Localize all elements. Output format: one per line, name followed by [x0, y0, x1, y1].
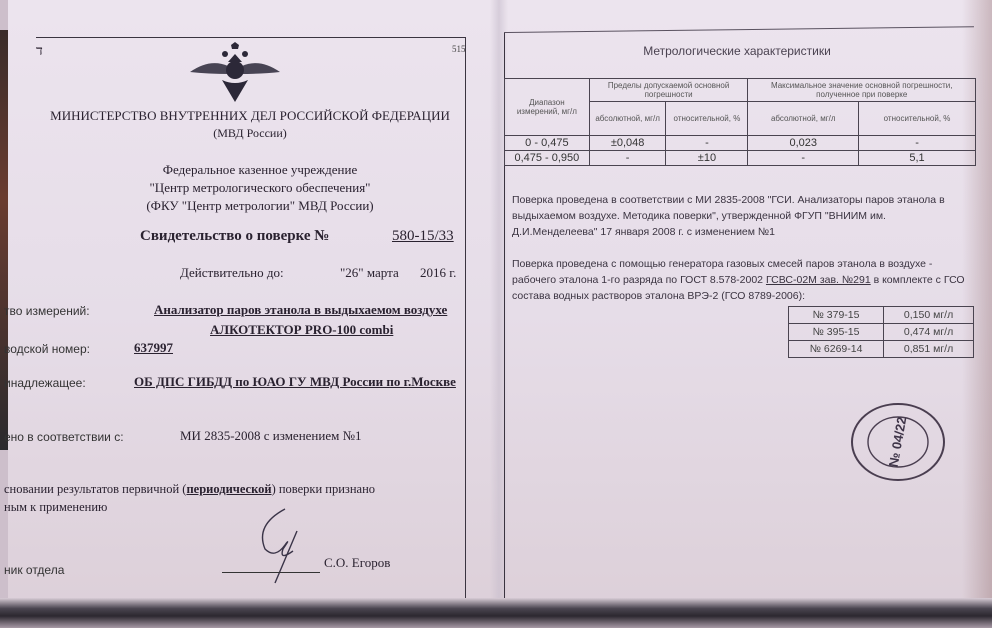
table-row: № 379-15 0,150 мг/л	[789, 307, 974, 324]
cell-range: 0 - 0,475	[505, 136, 590, 151]
head-of-department-label: ник отдела	[4, 563, 64, 577]
standard-value: 0,474 мг/л	[884, 324, 974, 341]
standard-id: № 379-15	[789, 307, 884, 324]
instrument-label: тво измерений:	[4, 304, 90, 318]
serial-label: водской номер:	[4, 342, 90, 356]
standard-id: № 395-15	[789, 324, 884, 341]
header-max-error: Максимальное значение основной погрешнос…	[748, 79, 976, 102]
valid-until-year: 2016 г.	[420, 265, 456, 281]
corner-mark: ד	[36, 44, 43, 60]
metrology-title: Метрологические характеристики	[504, 44, 970, 58]
generator-id: ГСВС-02М зав. №291	[766, 274, 871, 286]
frame-line	[36, 37, 466, 38]
institution-line: (ФКУ "Центр метрологии" МВД России)	[100, 198, 420, 214]
owner-label: инадлежащее:	[4, 376, 86, 390]
method-value: МИ 2835-2008 с изменением №1	[180, 428, 362, 444]
verification-equipment-paragraph: Поверка проведена с помощью генератора г…	[512, 256, 972, 304]
institution-line: Федеральное казенное учреждение	[120, 162, 400, 178]
certificate-number: 580-15/33	[392, 228, 454, 245]
eagle-emblem-icon	[190, 40, 280, 104]
subheader-abs: абсолютной, мг/л	[589, 102, 666, 136]
signature-line	[222, 572, 320, 573]
owner-value: ОБ ДПС ГИБДД по ЮАО ГУ МВД России по г.М…	[134, 374, 456, 390]
cell-max-rel: 5,1	[859, 151, 976, 166]
signer-name: С.О. Егоров	[324, 555, 390, 571]
subheader-abs: абсолютной, мг/л	[748, 102, 859, 136]
cell-lim-abs: -	[589, 151, 666, 166]
header-range: Диапазон измерений, мг/л	[505, 79, 590, 136]
standards-table: № 379-15 0,150 мг/л № 395-15 0,474 мг/л …	[788, 306, 974, 358]
table-row: 0,475 - 0,950 - ±10 - 5,1	[505, 151, 976, 166]
subheader-rel: относительной, %	[666, 102, 748, 136]
frame-line	[465, 37, 466, 612]
valid-until-label: Действительно до:	[180, 265, 284, 281]
serial-number: 637997	[134, 340, 173, 356]
conclusion-suffix: ) поверки признано	[272, 482, 376, 496]
round-stamp-icon: № 04/22	[848, 400, 948, 484]
ministry-short-name: (МВД России)	[40, 126, 460, 141]
instrument-model: АЛКОТЕКТОР PRO-100 combi	[210, 322, 393, 338]
certificate-title: Свидетельство о поверке №	[140, 228, 329, 245]
standard-value: 0,150 мг/л	[884, 307, 974, 324]
standard-id: № 6269-14	[789, 341, 884, 358]
metrology-table: Диапазон измерений, мг/л Пределы допуска…	[504, 78, 976, 166]
valid-until-date: "26" марта	[340, 265, 399, 281]
conclusion-prefix: сновании результатов первичной (	[4, 482, 186, 496]
svg-text:№ 04/22: № 04/22	[886, 416, 910, 468]
certificate-page: ד 515 МИНИСТЕРСТВО ВНУТРЕННИХ ДЕЛ РОССИЙ…	[0, 0, 470, 628]
cell-lim-rel: -	[666, 136, 748, 151]
cell-max-abs: 0,023	[748, 136, 859, 151]
ministry-name: МИНИСТЕРСТВО ВНУТРЕННИХ ДЕЛ РОССИЙСКОЙ Ф…	[40, 108, 460, 124]
table-row: 0 - 0,475 ±0,048 - 0,023 -	[505, 136, 976, 151]
metrology-page: Метрологические характеристики Диапазон …	[498, 0, 992, 628]
photo-shadow-band	[0, 598, 992, 628]
header-limits: Пределы допускаемой основной погрешности	[589, 79, 748, 102]
verification-method-paragraph: Поверка проведена в соответствии с МИ 28…	[512, 192, 972, 240]
cell-lim-rel: ±10	[666, 151, 748, 166]
frame-line	[504, 26, 974, 33]
subheader-rel: относительной, %	[859, 102, 976, 136]
page-number: 515	[452, 44, 466, 54]
institution-line: "Центр метрологического обеспечения"	[100, 180, 420, 196]
cell-max-rel: -	[859, 136, 976, 151]
table-row: № 395-15 0,474 мг/л	[789, 324, 974, 341]
cell-range: 0,475 - 0,950	[505, 151, 590, 166]
table-row: № 6269-14 0,851 мг/л	[789, 341, 974, 358]
conclusion-line-2: ным к применению	[4, 500, 107, 515]
conclusion-line-1: сновании результатов первичной (периодич…	[4, 482, 375, 497]
cell-lim-abs: ±0,048	[589, 136, 666, 151]
standard-value: 0,851 мг/л	[884, 341, 974, 358]
cell-max-abs: -	[748, 151, 859, 166]
method-label: ено в соответствии с:	[4, 430, 124, 444]
instrument-name: Анализатор паров этанола в выдыхаемом во…	[154, 302, 447, 318]
signature-icon	[245, 505, 315, 585]
conclusion-underlined: периодической	[186, 482, 271, 496]
